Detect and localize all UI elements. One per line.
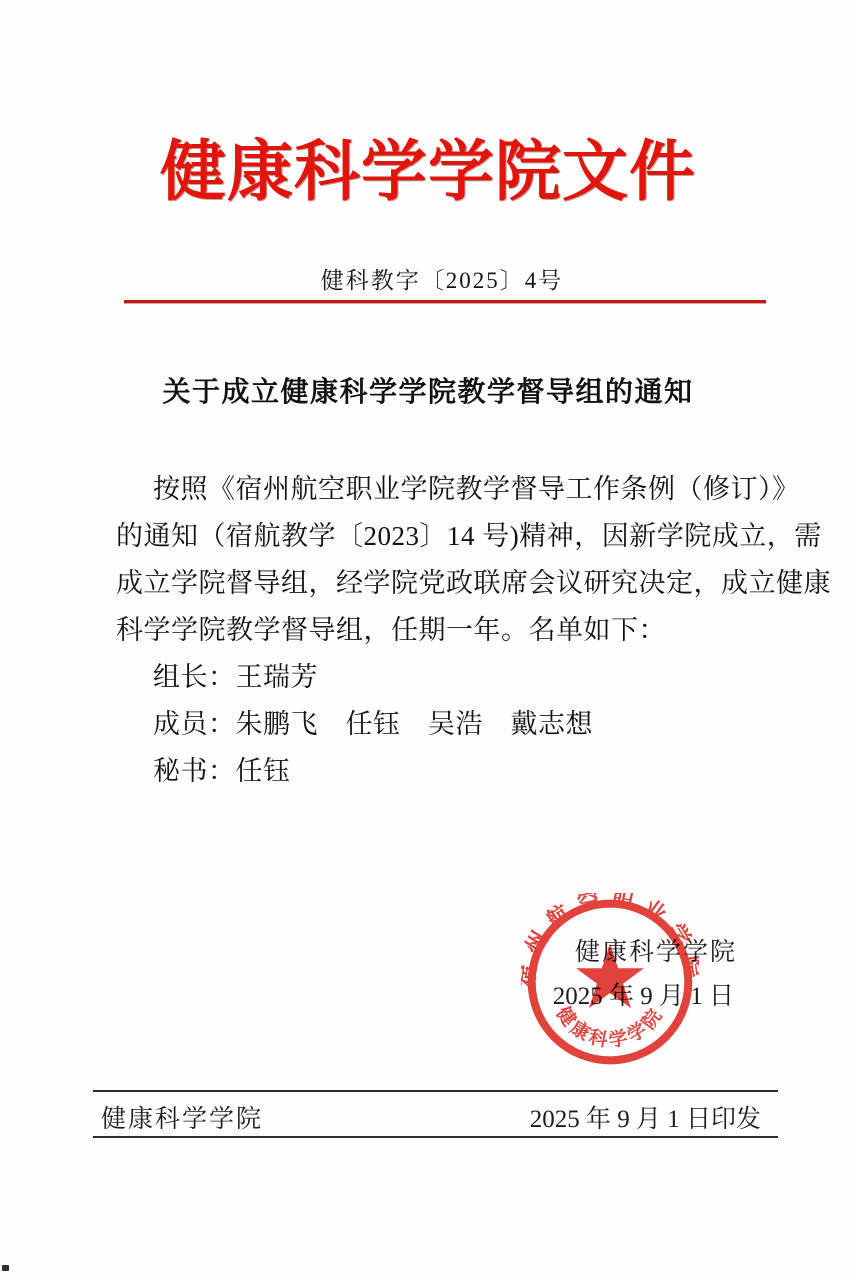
roster-role: 组长：: [153, 662, 236, 692]
footer-print-date: 2025 年 9 月 1 日印发: [530, 1099, 761, 1135]
roster-line-secretary: 秘书：任钰: [116, 748, 764, 795]
body-line: 按照《宿州航空职业学院教学督导工作条例（修订）》: [116, 466, 764, 513]
roster-names: 朱鹏飞 任钰 吴浩 戴志想: [236, 709, 594, 739]
body-line: 科学学院教学督导组，任期一年。名单如下：: [116, 607, 764, 654]
roster-names: 任钰: [236, 756, 291, 786]
official-seal-stamp: 宿州航空职业学院 健康科学学院: [521, 893, 699, 1071]
roster-line-members: 成员：朱鹏飞 任钰 吴浩 戴志想: [116, 701, 764, 748]
roster-role: 秘书：: [153, 756, 236, 786]
notice-title: 关于成立健康科学学院教学督导组的通知: [0, 370, 856, 410]
footer-rule-bottom: [93, 1136, 778, 1138]
notice-body: 按照《宿州航空职业学院教学督导工作条例（修订）》 的通知（宿航教学〔2023〕1…: [116, 466, 764, 795]
document-number: 健科教字〔2025〕4号: [0, 262, 856, 295]
roster-role: 成员：: [153, 709, 236, 739]
letterhead-title: 健康科学学院文件: [0, 118, 856, 213]
body-line: 成立学院督导组，经学院党政联席会议研究决定，成立健康: [116, 560, 764, 607]
body-line: 的通知（宿航教学〔2023〕14 号)精神，因新学院成立，需: [116, 513, 764, 560]
footer-issuer: 健康科学学院: [101, 1099, 263, 1135]
roster-names: 王瑞芳: [236, 662, 319, 692]
seal-star-icon: [576, 944, 644, 1008]
footer-rule-top: [93, 1090, 778, 1092]
document-page: 健康科学学院文件 健科教字〔2025〕4号 关于成立健康科学学院教学督导组的通知…: [0, 0, 856, 1280]
roster-line-leader: 组长：王瑞芳: [116, 654, 764, 701]
scan-speck: [2, 1265, 9, 1271]
red-separator-rule: [124, 300, 766, 303]
